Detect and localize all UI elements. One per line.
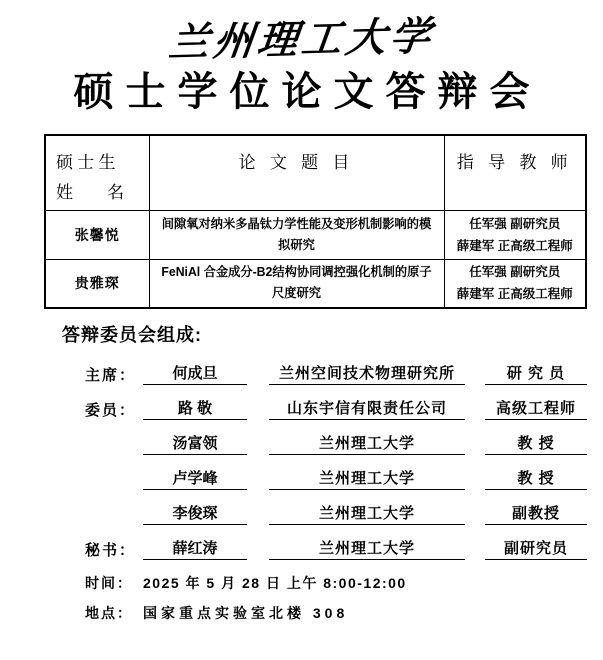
member-organization: 兰州空间技术物理研究所 xyxy=(269,362,465,385)
table-header-thesis-title: 论 文 题 目 xyxy=(149,135,444,210)
student-name-cell: 张馨悦 xyxy=(45,210,149,259)
committee-row-member: 卢学峰 兰州理工大学 教 授 xyxy=(85,468,603,490)
table-header-advisor: 指 导 教 师 xyxy=(444,135,586,210)
advisor-line: 薛建军 正高级工程师 xyxy=(445,235,586,257)
member-title: 高级工程师 xyxy=(485,397,587,420)
student-name-cell: 贵雅琛 xyxy=(45,259,149,308)
role-label: 委员： xyxy=(85,399,143,420)
advisor-line: 薛建军 正高级工程师 xyxy=(445,283,586,305)
member-name: 薛红涛 xyxy=(143,537,247,560)
member-title: 教 授 xyxy=(485,467,587,490)
location-label: 地点： xyxy=(85,603,143,623)
table-row: 张馨悦 间隙氧对纳米多晶钛力学性能及变形机制影响的模拟研究 任军强 副研究员 薛… xyxy=(45,210,586,259)
student-name-header-line1: 硕 士 生 xyxy=(56,148,139,178)
header: 兰州理工大学 xyxy=(0,0,603,56)
thesis-title-cell: FeNiAl 合金成分-B2结构协同调控强化机制的原子尺度研究 xyxy=(152,259,441,308)
advisor-cell: 任军强 副研究员 薛建军 正高级工程师 xyxy=(444,210,586,259)
table-header-student-name: 硕 士 生 姓 名 xyxy=(45,135,149,210)
member-title: 研 究 员 xyxy=(485,362,587,385)
role-label: 秘书： xyxy=(85,539,143,560)
committee-row-secretary: 秘书： 薛红涛 兰州理工大学 副研究员 xyxy=(85,538,603,560)
advisor-line: 任军强 副研究员 xyxy=(445,261,586,283)
location-value: 国家重点实验室北楼 308 xyxy=(143,603,348,623)
page-title: 硕士学位论文答辩会 xyxy=(0,68,603,116)
committee-row-chair: 主席： 何成旦 兰州空间技术物理研究所 研 究 员 xyxy=(85,363,603,385)
time-row: 时间： 2025 年 5 月 28 日 上午 8:00-12:00 xyxy=(85,573,603,593)
role-label: 主席： xyxy=(85,364,143,385)
time-label: 时间： xyxy=(85,573,143,593)
thesis-table: 硕 士 生 姓 名 论 文 题 目 指 导 教 师 张馨悦 间隙氧对纳米多晶钛力… xyxy=(44,134,587,309)
committee-row-member: 汤富领 兰州理工大学 教 授 xyxy=(85,433,603,455)
thesis-title-cell: 间隙氧对纳米多晶钛力学性能及变形机制影响的模拟研究 xyxy=(152,210,441,259)
committee-heading: 答辩委员会组成: xyxy=(62,321,603,347)
member-organization: 山东宇信有限责任公司 xyxy=(269,397,465,420)
university-logo: 兰州理工大学 xyxy=(166,5,437,69)
member-organization: 兰州理工大学 xyxy=(269,432,465,455)
member-title: 副教授 xyxy=(485,502,587,525)
member-title: 教 授 xyxy=(485,432,587,455)
time-value: 2025 年 5 月 28 日 上午 8:00-12:00 xyxy=(143,573,407,593)
student-name-header-line2: 姓 名 xyxy=(56,178,139,208)
table-row: 贵雅琛 FeNiAl 合金成分-B2结构协同调控强化机制的原子尺度研究 任军强 … xyxy=(45,259,586,308)
member-name: 汤富领 xyxy=(143,432,247,455)
location-row: 地点： 国家重点实验室北楼 308 xyxy=(85,603,603,623)
member-title: 副研究员 xyxy=(485,537,587,560)
member-organization: 兰州理工大学 xyxy=(269,502,465,525)
defense-announcement-document: 兰州理工大学 硕士学位论文答辩会 硕 士 生 姓 名 论 文 题 目 指 导 教… xyxy=(0,0,603,660)
member-name: 路 敬 xyxy=(143,397,247,420)
member-name: 卢学峰 xyxy=(143,467,247,490)
advisor-line: 任军强 副研究员 xyxy=(445,213,586,235)
committee-row-member: 委员： 路 敬 山东宇信有限责任公司 高级工程师 xyxy=(85,398,603,420)
committee-row-member: 李俊琛 兰州理工大学 副教授 xyxy=(85,503,603,525)
advisor-cell: 任军强 副研究员 薛建军 正高级工程师 xyxy=(444,259,586,308)
committee-list: 主席： 何成旦 兰州空间技术物理研究所 研 究 员 委员： 路 敬 山东宇信有限… xyxy=(0,363,603,560)
member-name: 李俊琛 xyxy=(143,502,247,525)
member-organization: 兰州理工大学 xyxy=(269,537,465,560)
member-organization: 兰州理工大学 xyxy=(269,467,465,490)
table-header-row: 硕 士 生 姓 名 论 文 题 目 指 导 教 师 xyxy=(45,135,586,210)
member-name: 何成旦 xyxy=(143,362,247,385)
